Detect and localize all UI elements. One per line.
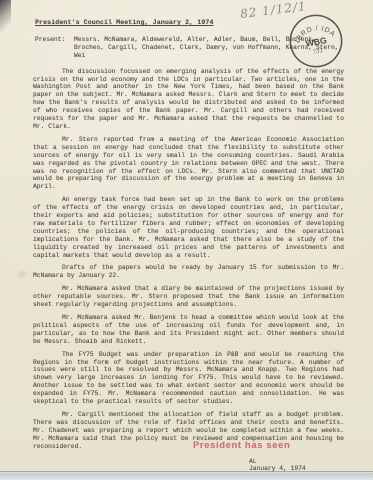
paragraph-task-force: An energy task force had been set up in …: [33, 196, 344, 259]
stamp-number-text: 731: [312, 48, 324, 56]
memo-body: The discussion focussed on emerging anal…: [33, 68, 344, 451]
scanner-edge-strip: [0, 473, 373, 480]
paragraph-field-staff: Mr. Cargill mentioned the allocation of …: [33, 411, 344, 451]
paragraph-fy75-budget: The FY75 Budget was under preparation in…: [33, 351, 344, 406]
stamp-graphic: IBRD / IDA WBG 731: [282, 7, 349, 74]
paragraph-projections-diary: Mr. McNamara asked that a diary be maint…: [33, 285, 344, 309]
paragraph-energy-discussion: The discussion focussed on emerging anal…: [33, 68, 344, 131]
paragraph-drafts: Drafts of the papers would be ready by J…: [33, 264, 344, 280]
ibrd-ida-stamp: IBRD / IDA WBG 731: [282, 7, 349, 74]
president-has-seen-stamp: President has seen: [193, 440, 290, 451]
signature-block: AL January 4, 1974: [249, 458, 344, 474]
paragraph-benjenk-committee: Mr. McNamara asked Mr. Benjenk to head a…: [33, 314, 344, 346]
stamp-center-text: WBG: [305, 35, 328, 49]
present-label: Present:: [35, 36, 74, 60]
document-page: President's Council Meeting, January 2, …: [0, 0, 373, 472]
scanned-document-viewport: President's Council Meeting, January 2, …: [0, 0, 373, 480]
paragraph-stern-report: Mr. Stern reported from a meeting of the…: [33, 136, 344, 191]
paper-smudge: [14, 268, 30, 280]
